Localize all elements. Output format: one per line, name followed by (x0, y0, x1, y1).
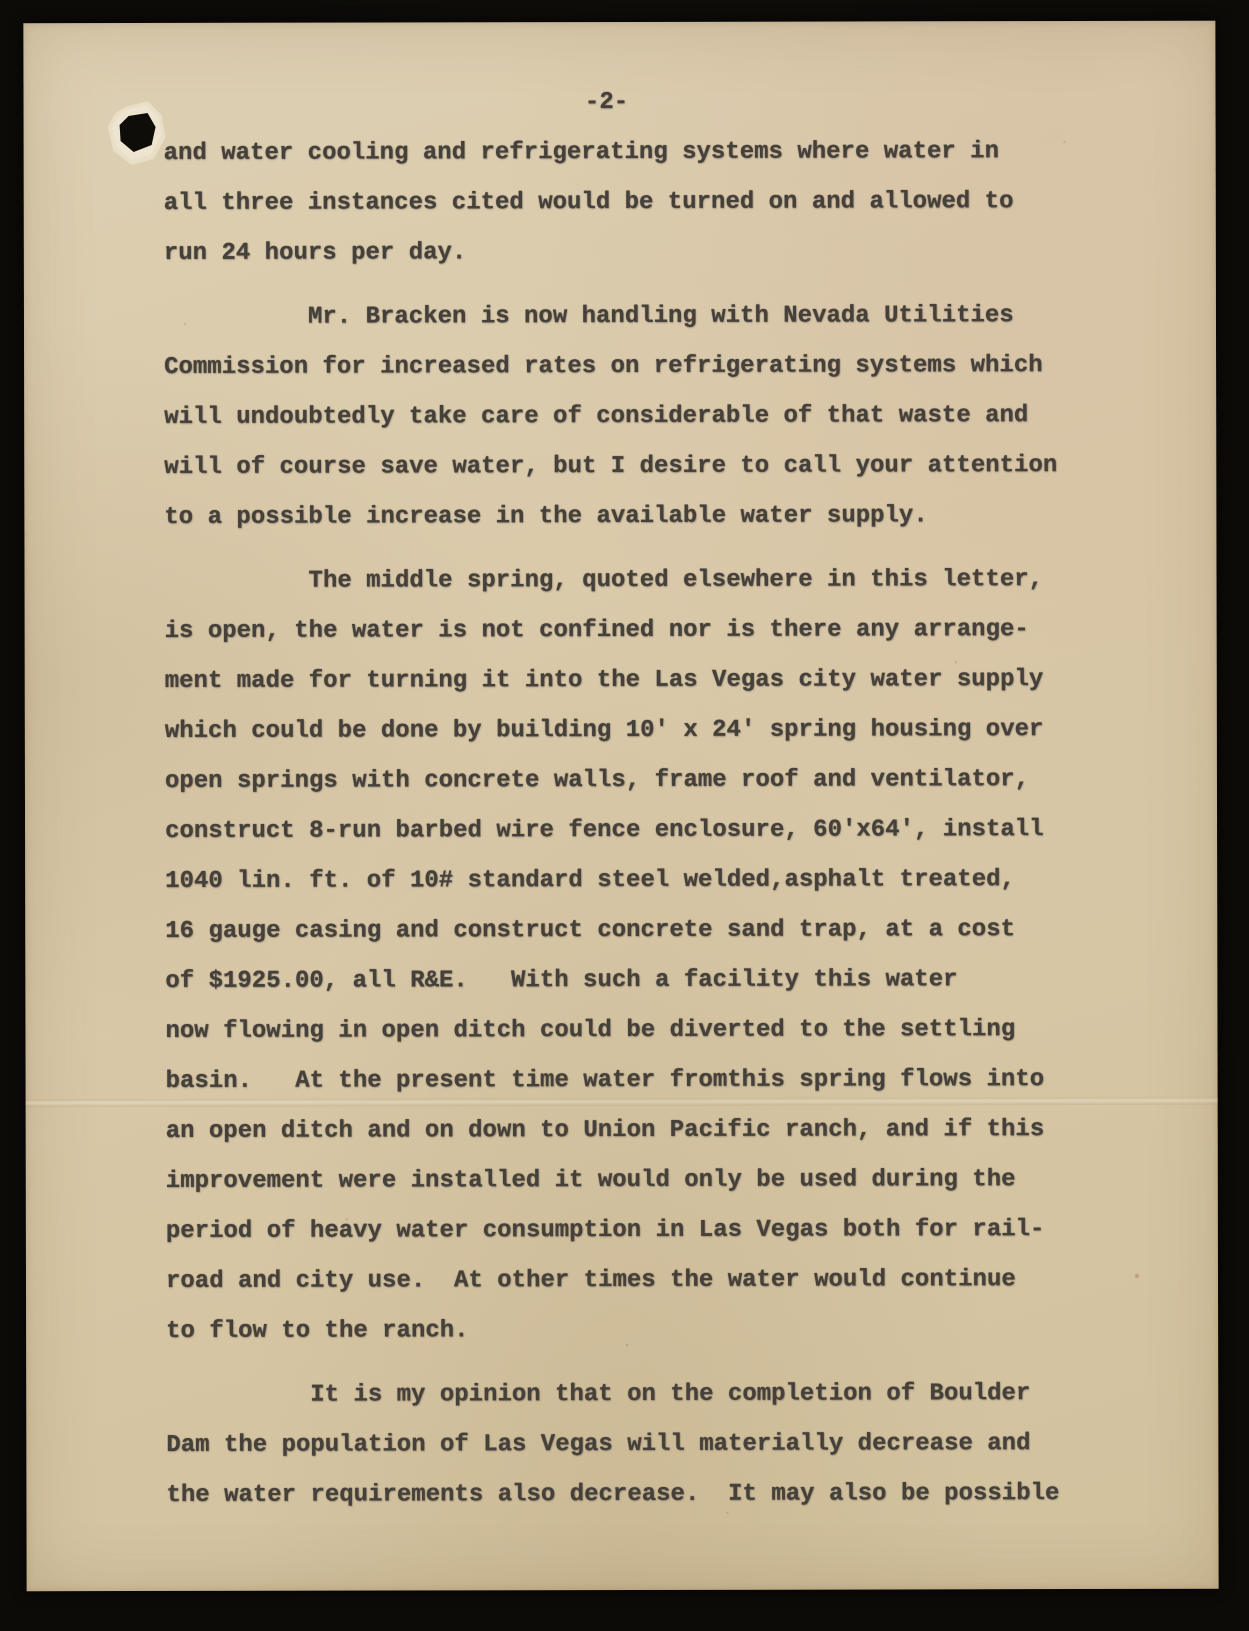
document-line: will of course save water, but I desire … (164, 441, 1096, 493)
document-line: all three instances cited would be turne… (164, 177, 1096, 229)
paper-speckles (23, 23, 25, 25)
document-line: run 24 hours per day. (164, 227, 1096, 279)
document-line: It is my opinion that on the completion … (166, 1369, 1098, 1421)
document-line: The middle spring, quoted elsewhere in t… (164, 555, 1096, 607)
scan-background: -2- and water cooling and refrigerating … (0, 0, 1249, 1631)
document-line: improvement were installed it would only… (166, 1155, 1098, 1207)
document-line: 1040 lin. ft. of 10# standard steel weld… (165, 855, 1097, 907)
document-body: -2- and water cooling and refrigerating … (163, 77, 1098, 1521)
document-line: to flow to the ranch. (166, 1305, 1098, 1357)
document-line: the water requirements also decrease. It… (166, 1469, 1098, 1521)
document-line: now flowing in open ditch could be diver… (165, 1005, 1097, 1057)
document-line: basin. At the present time water fromthi… (166, 1055, 1098, 1107)
document-line: and water cooling and refrigerating syst… (164, 127, 1096, 179)
document-line: to a possible increase in the available … (164, 491, 1096, 543)
document-line: ment made for turning it into the Las Ve… (165, 655, 1097, 707)
document-line: will undoubtedly take care of considerab… (164, 391, 1096, 443)
document-line: of $1925.00, all R&E. With such a facili… (165, 955, 1097, 1007)
document-line: Commission for increased rates on refrig… (164, 341, 1096, 393)
paragraph: It is my opinion that on the completion … (166, 1369, 1098, 1521)
document-line: which could be done by building 10' x 24… (165, 705, 1097, 757)
paragraph: and water cooling and refrigerating syst… (164, 127, 1096, 279)
document-line: Dam the population of Las Vegas will mat… (166, 1419, 1098, 1471)
document-line: Mr. Bracken is now handling with Nevada … (164, 291, 1096, 343)
document-line: road and city use. At other times the wa… (166, 1255, 1098, 1307)
paragraph: Mr. Bracken is now handling with Nevada … (164, 291, 1097, 543)
document-line: is open, the water is not confined nor i… (165, 605, 1097, 657)
document-page: -2- and water cooling and refrigerating … (23, 21, 1218, 1591)
document-line: open springs with concrete walls, frame … (165, 755, 1097, 807)
document-line: construct 8-run barbed wire fence enclos… (165, 805, 1097, 857)
page-number: -2- (163, 77, 1095, 129)
document-lines: and water cooling and refrigerating syst… (164, 127, 1099, 1521)
document-line: 16 gauge casing and construct concrete s… (165, 905, 1097, 957)
paragraph: The middle spring, quoted elsewhere in t… (164, 555, 1098, 1357)
document-line: period of heavy water consumption in Las… (166, 1205, 1098, 1257)
document-line: an open ditch and on down to Union Pacif… (166, 1105, 1098, 1157)
